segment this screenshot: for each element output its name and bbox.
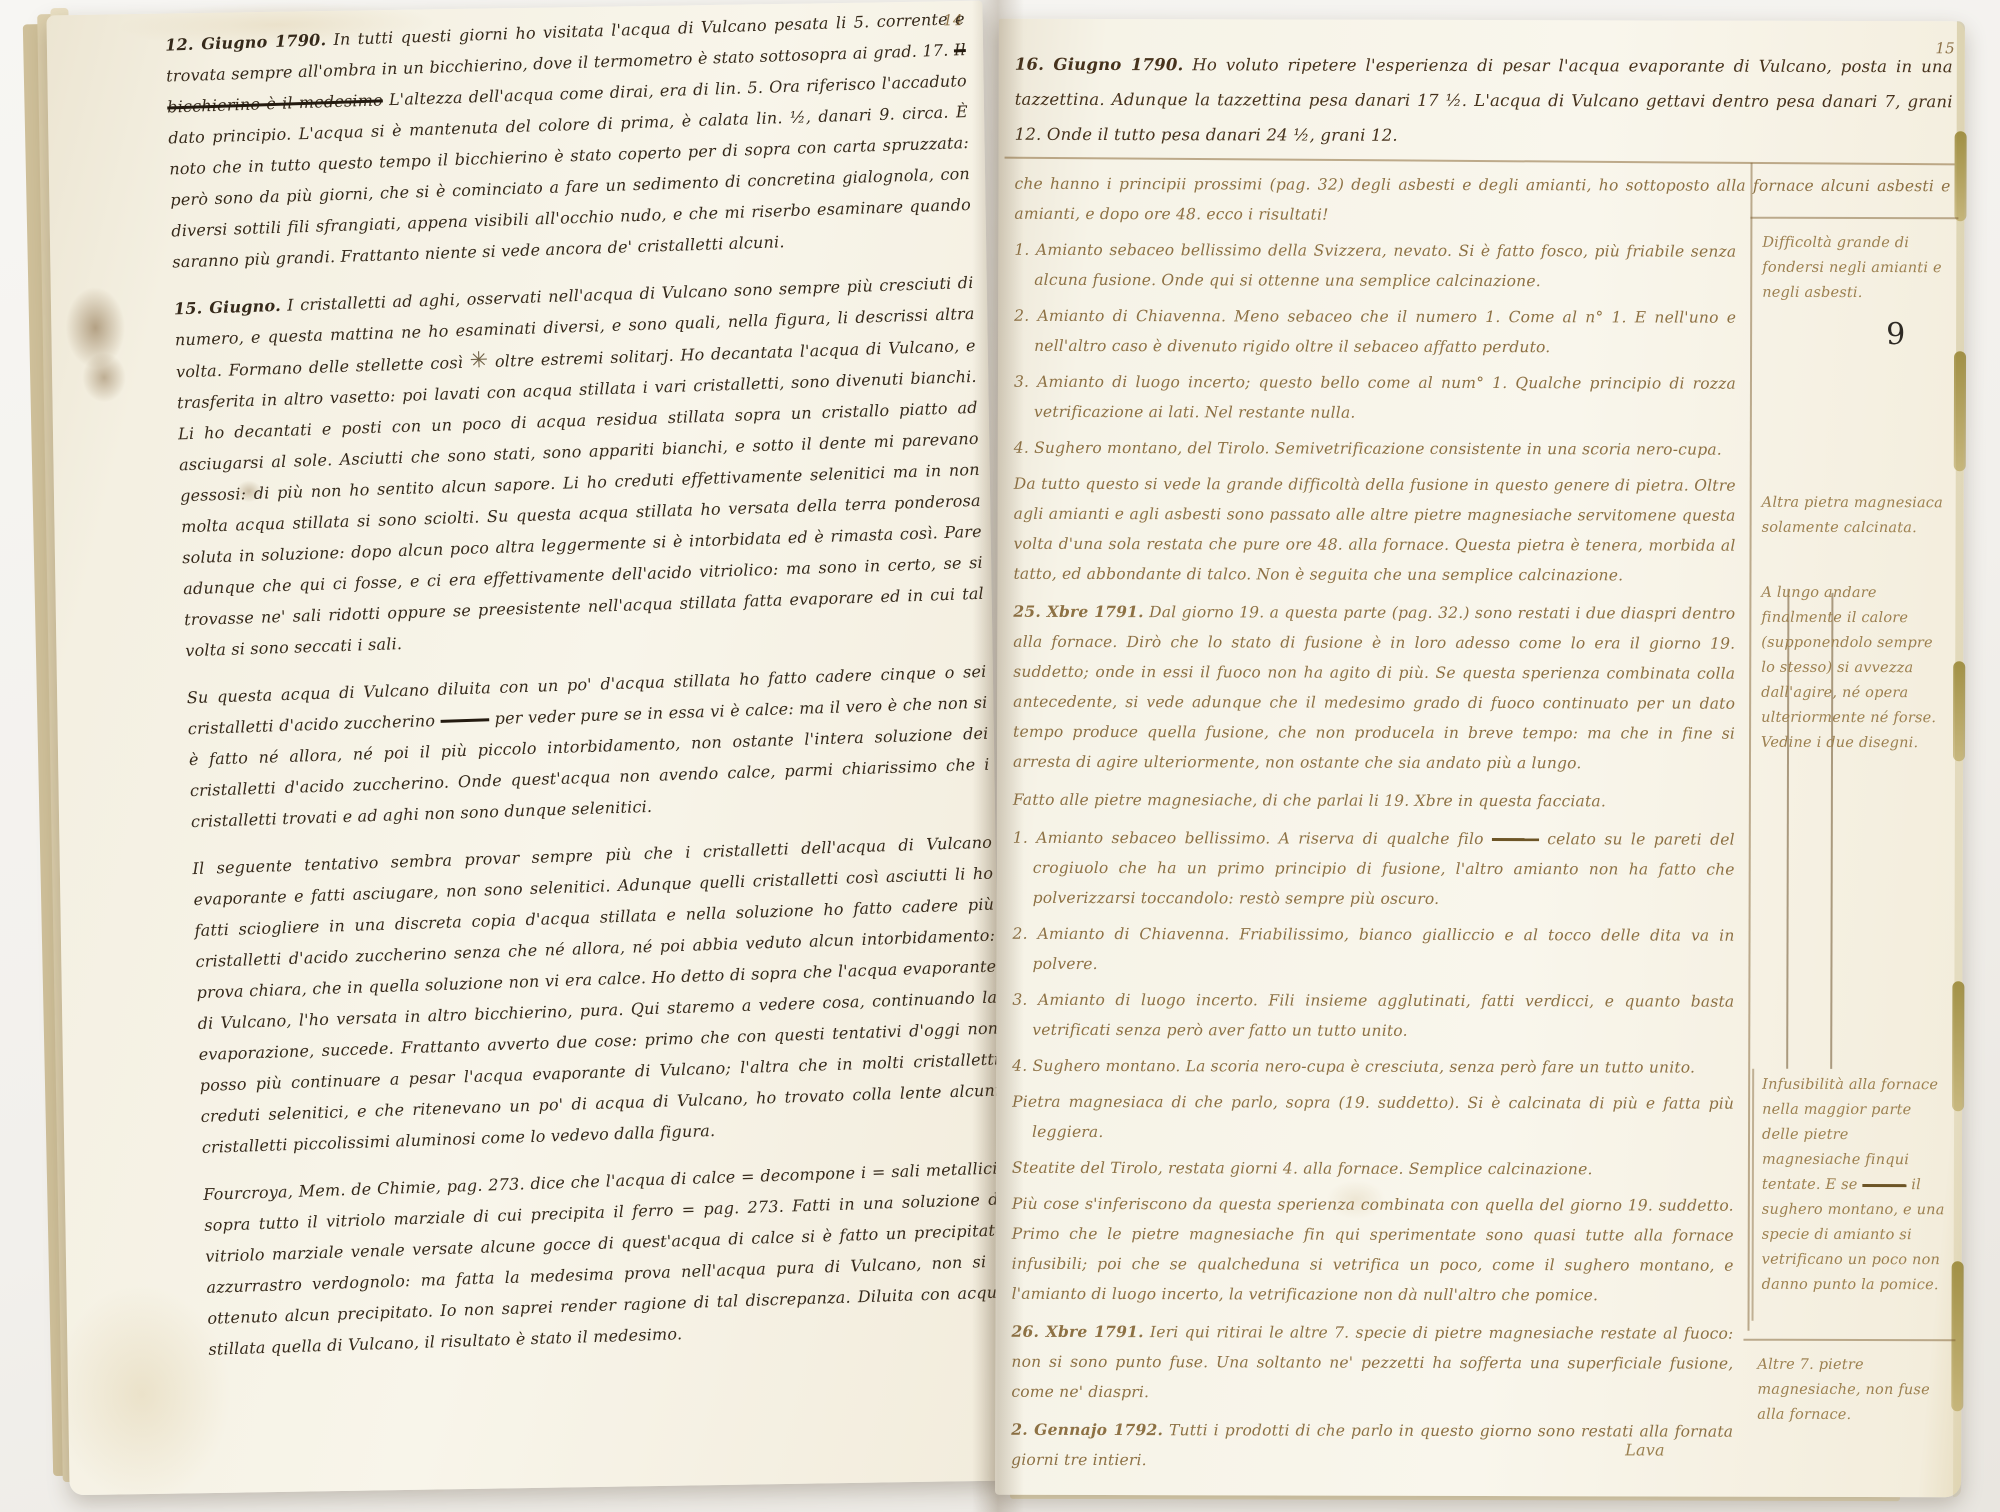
- right-page: 15 16. Giugno 1790. Ho voluto ripetere l…: [995, 19, 1965, 1498]
- left-page: 14 12. Giugno 1790. In tutti questi gior…: [46, 1, 1005, 1496]
- entry-date: 15. Giugno.: [174, 296, 281, 319]
- struck-text: ———: [440, 709, 489, 730]
- list-item: 1. Amianto sebaceo bellissimo della Sviz…: [1014, 235, 1736, 297]
- fore-edge-discoloration: [1952, 981, 1964, 1111]
- entry-26-xbre-1791: 26. Xbre 1791. Ieri qui ritirai le altre…: [1011, 1317, 1733, 1409]
- entry-text: oltre estremi solitarj. Ho decantata l'a…: [177, 336, 984, 660]
- paragraph-difficolta: Da tutto questo si vede la grande diffic…: [1013, 469, 1735, 591]
- list-item: 1. Amianto sebaceo bellissimo. A riserva…: [1013, 823, 1735, 915]
- fore-edge-discoloration: [1954, 351, 1966, 471]
- ink-stain: [65, 286, 126, 369]
- paper-stain: [50, 1283, 233, 1506]
- left-page-text: 12. Giugno 1790. In tutti questi giorni …: [165, 3, 1009, 1375]
- paragraph-tentativo: Il seguente tentativo sembra provar semp…: [192, 827, 1002, 1163]
- fore-edge-discoloration: [1951, 1261, 1963, 1411]
- list-item: 2. Amianto di Chiavenna. Meno sebaceo ch…: [1014, 301, 1736, 363]
- photo-backdrop: 14 12. Giugno 1790. In tutti questi gior…: [0, 0, 2000, 1512]
- entry-25-xbre-1791: 25. Xbre 1791. Dal giorno 19. a questa p…: [1013, 597, 1735, 779]
- list-item: 4. Sughero montano, del Tirolo. Semivetr…: [1014, 433, 1736, 465]
- margin-note-text: il sughero montano, e una specie di amia…: [1762, 1177, 1945, 1293]
- list-item: 4. Sughero montano. La scoria nero-cupa …: [1012, 1051, 1734, 1083]
- star-doodle: ✳: [469, 348, 488, 374]
- list-item: 3. Amianto di luogo incerto. Fili insiem…: [1012, 985, 1734, 1047]
- list-item: 3. Amianto di luogo incerto; questo bell…: [1014, 367, 1736, 429]
- paragraph-inferenze: Più cose s'inferiscono da questa sperien…: [1012, 1189, 1734, 1311]
- paragraph-fourcroy: Fourcroya, Mem. de Chimie, pag. 273. dic…: [203, 1152, 1009, 1364]
- entry-12-giugno-1790: 12. Giugno 1790. In tutti questi giorni …: [165, 3, 973, 277]
- margin-note-text: Infusibilità alla fornace nella maggior …: [1762, 1077, 1938, 1193]
- entry-text: 1. Amianto sebaceo bellissimo. A riserva…: [1013, 829, 1484, 848]
- entry-date: 26. Xbre 1791.: [1011, 1322, 1143, 1341]
- margin-note-difficolta: Difficoltà grande di fondersi negli amia…: [1762, 231, 1948, 306]
- stamped-page-number: 9: [1886, 317, 1905, 352]
- ink-stain: [82, 352, 127, 403]
- margin-note-calore: A lungo andare finalmente il calore (sup…: [1761, 581, 1951, 756]
- list-item: Pietra magnesiaca di che parlo, sopra (1…: [1012, 1087, 1734, 1149]
- entry-date: 12. Giugno 1790.: [165, 30, 327, 54]
- right-page-main-column: 1. Amianto sebaceo bellissimo della Sviz…: [1011, 235, 1736, 1485]
- paragraph-acido-zuccherino: Su questa acqua di Vulcano diluita con u…: [186, 656, 991, 837]
- list-item: Steatite del Tirolo, restata giorni 4. a…: [1012, 1153, 1734, 1185]
- entry-date: 25. Xbre 1791.: [1013, 602, 1143, 621]
- entry-text: per veder pure se in essa vi è calce: ma…: [189, 693, 990, 831]
- struck-text: ———: [1492, 830, 1539, 848]
- fore-edge-discoloration: [1954, 131, 1966, 221]
- margin-note-infusibilita: Infusibilità alla fornace nella maggior …: [1762, 1073, 1951, 1298]
- catchword: Lava: [1625, 1440, 1665, 1459]
- margin-note-altra-pietra: Altra pietra magnesiaca solamente calcin…: [1762, 491, 1946, 541]
- intro-paragraph: che hanno i principii prossimi (pag. 32)…: [1014, 169, 1950, 231]
- list-item: 2. Amianto di Chiavenna. Friabilissimo, …: [1012, 919, 1734, 981]
- entry-15-giugno: 15. Giugno. I cristalletti ad aghi, osse…: [173, 267, 985, 666]
- margin-rule-horizontal: [1743, 1339, 1955, 1342]
- entry-text: Dal giorno 19. a questa parte (pag. 32.)…: [1013, 603, 1735, 772]
- margin-note-brace: [1752, 1069, 1755, 1321]
- ruled-separator: [1005, 157, 1955, 166]
- fore-edge-discoloration: [1953, 661, 1965, 761]
- struck-text: ———: [1862, 1177, 1906, 1193]
- paragraph-fatto: Fatto alle pietre magnesiache, di che pa…: [1013, 785, 1735, 817]
- margin-note-altre-pietre: Altre 7. pietre magnesiache, non fuse al…: [1757, 1353, 1941, 1428]
- entry-date: 2. Gennajo 1792.: [1011, 1420, 1163, 1439]
- entry-16-giugno-1790: 16. Giugno 1790. Ho voluto ripetere l'es…: [1015, 47, 1953, 154]
- entry-date: 16. Giugno 1790.: [1015, 55, 1184, 74]
